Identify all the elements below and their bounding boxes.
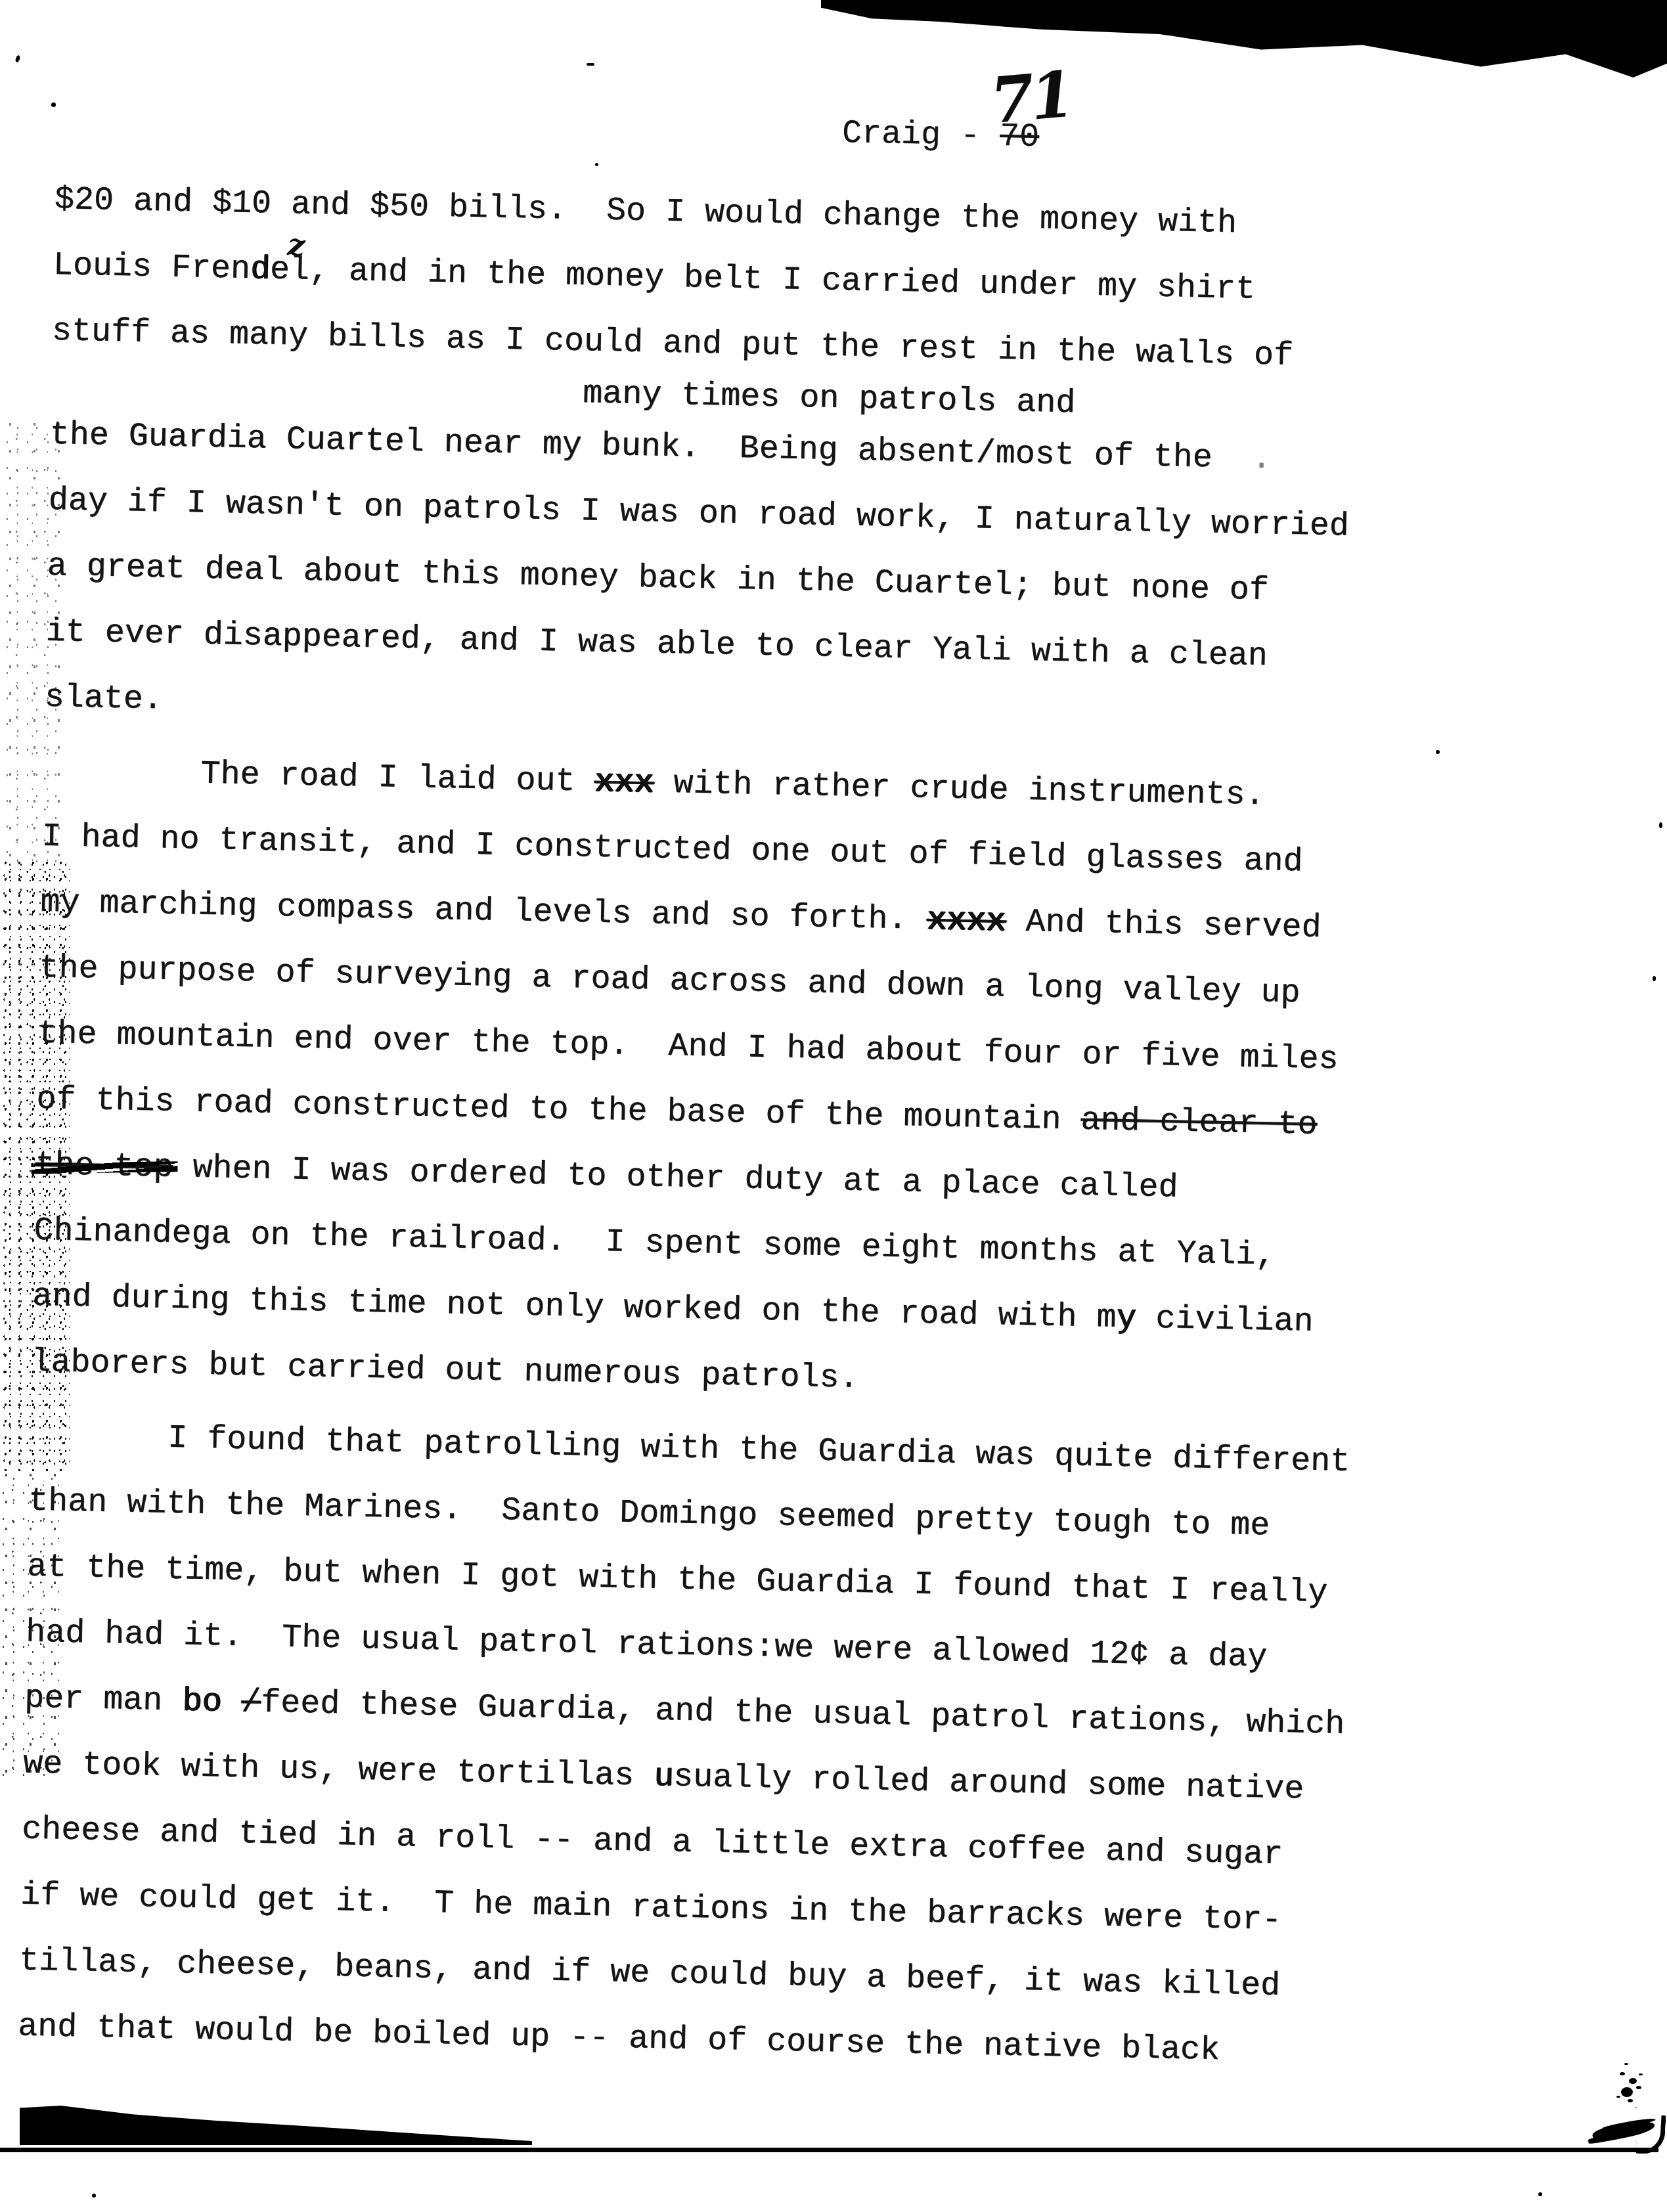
text-segment: and clear to — [1080, 1102, 1318, 1144]
text-segment: y — [1116, 1300, 1136, 1338]
text-segment: than with the Marines. Santo Domingo see… — [28, 1483, 1270, 1545]
scan-artifact-line-hook — [1635, 2114, 1666, 2155]
scan-speck — [51, 102, 56, 107]
text-segment: we took with us, were tortillas — [23, 1746, 654, 1796]
text-segment: $20 and $10 and $50 bills. So I would ch… — [54, 181, 1237, 242]
scan-speck — [595, 163, 598, 166]
text-segment: with rather crude instruments. — [654, 764, 1265, 814]
text-segment: when I was ordered to other duty at a pl… — [173, 1149, 1178, 1207]
text-segment: the purpose of surveying a road across a… — [39, 950, 1300, 1013]
scan-speck — [587, 63, 594, 66]
text-segment: d — [250, 251, 270, 289]
scan-speck — [1659, 822, 1662, 828]
typed-text: $20 and $10 and $50 bills. So I would ch… — [17, 167, 1467, 2089]
text-segment: laborers but carried out numerous patrol… — [31, 1344, 859, 1398]
text-segment: / — [241, 1684, 261, 1722]
text-segment: at the time, but when I got with the Gua… — [27, 1549, 1328, 1612]
text-segment: it ever disappeared, and I was able to c… — [45, 613, 1268, 675]
text-segment: day if I wasn't on patrols I was on road… — [48, 482, 1349, 546]
scan-artifact-top-right-bar — [821, 0, 1667, 77]
scan-artifact-bottom-wedge — [20, 2106, 532, 2145]
header-author-label: Craig - — [841, 115, 1000, 156]
text-segment: tillas, cheese, beans, and if we could b… — [19, 1942, 1281, 2005]
text-segment: civilian — [1136, 1300, 1314, 1340]
text-segment: a great deal about this money back in th… — [47, 548, 1269, 609]
text-segment: and during this time not only worked on … — [32, 1278, 1117, 1337]
text-segment: per man — [24, 1680, 183, 1721]
text-segment: stuff as many bills as I could and put t… — [51, 313, 1293, 375]
scan-speck — [1538, 2192, 1542, 2196]
text-segment: feed these Guardia, and the usual patrol… — [261, 1685, 1345, 1744]
scan-speck — [1653, 976, 1656, 981]
text-segment: the top — [35, 1147, 173, 1187]
text-segment: slate. — [44, 679, 163, 719]
text-segment: xxx — [594, 764, 654, 803]
text-segment: had had it. The usual patrol rations:we … — [26, 1614, 1268, 1677]
text-segment: the Guardia Cuartel near my bunk. Being … — [49, 416, 1212, 477]
text-segment: my marching compass and levels and so fo… — [40, 884, 927, 939]
text-segment: the mountain end over the top. And I had… — [37, 1015, 1339, 1079]
text-segment: Louis Fren — [53, 247, 250, 288]
text-segment: bo — [182, 1683, 222, 1721]
text-segment: xxxx — [927, 902, 1006, 940]
text-segment: of this road constructed to the base of … — [36, 1081, 1081, 1139]
text-segment: sually rolled around some native — [673, 1758, 1304, 1808]
text-segment — [221, 1684, 242, 1722]
scan-artifact-blob — [1621, 2087, 1633, 2097]
text-segment: Chinandega on the railroad. I spent some… — [33, 1212, 1276, 1275]
scan-speck — [92, 2194, 96, 2198]
text-segment: and that would be boiled up -- and of co… — [18, 2008, 1220, 2069]
text-segment: if we could get it. T he main rations in… — [20, 1876, 1282, 1939]
scanned-page: Craig - 70 71 z $20 and $10 and $50 bill… — [0, 0, 1667, 2212]
text-segment: And this served — [1006, 903, 1322, 947]
text-segment: I had no transit, and I constructed one … — [41, 818, 1303, 881]
text-segment: cheese and tied in a roll -- and a littl… — [22, 1811, 1283, 1874]
text-segment: el, and in the money belt I carried unde… — [269, 252, 1255, 309]
handwritten-page-number: 71 — [987, 57, 1073, 138]
text-segment: I found that patrolling with the Guardia… — [30, 1417, 1350, 1481]
text-segment: u — [654, 1758, 674, 1796]
text-segment: The road I laid out — [43, 753, 595, 801]
text-segment: . — [1212, 439, 1272, 478]
scan-speck — [14, 55, 20, 62]
scan-artifact-bottom-line — [0, 2148, 1658, 2152]
